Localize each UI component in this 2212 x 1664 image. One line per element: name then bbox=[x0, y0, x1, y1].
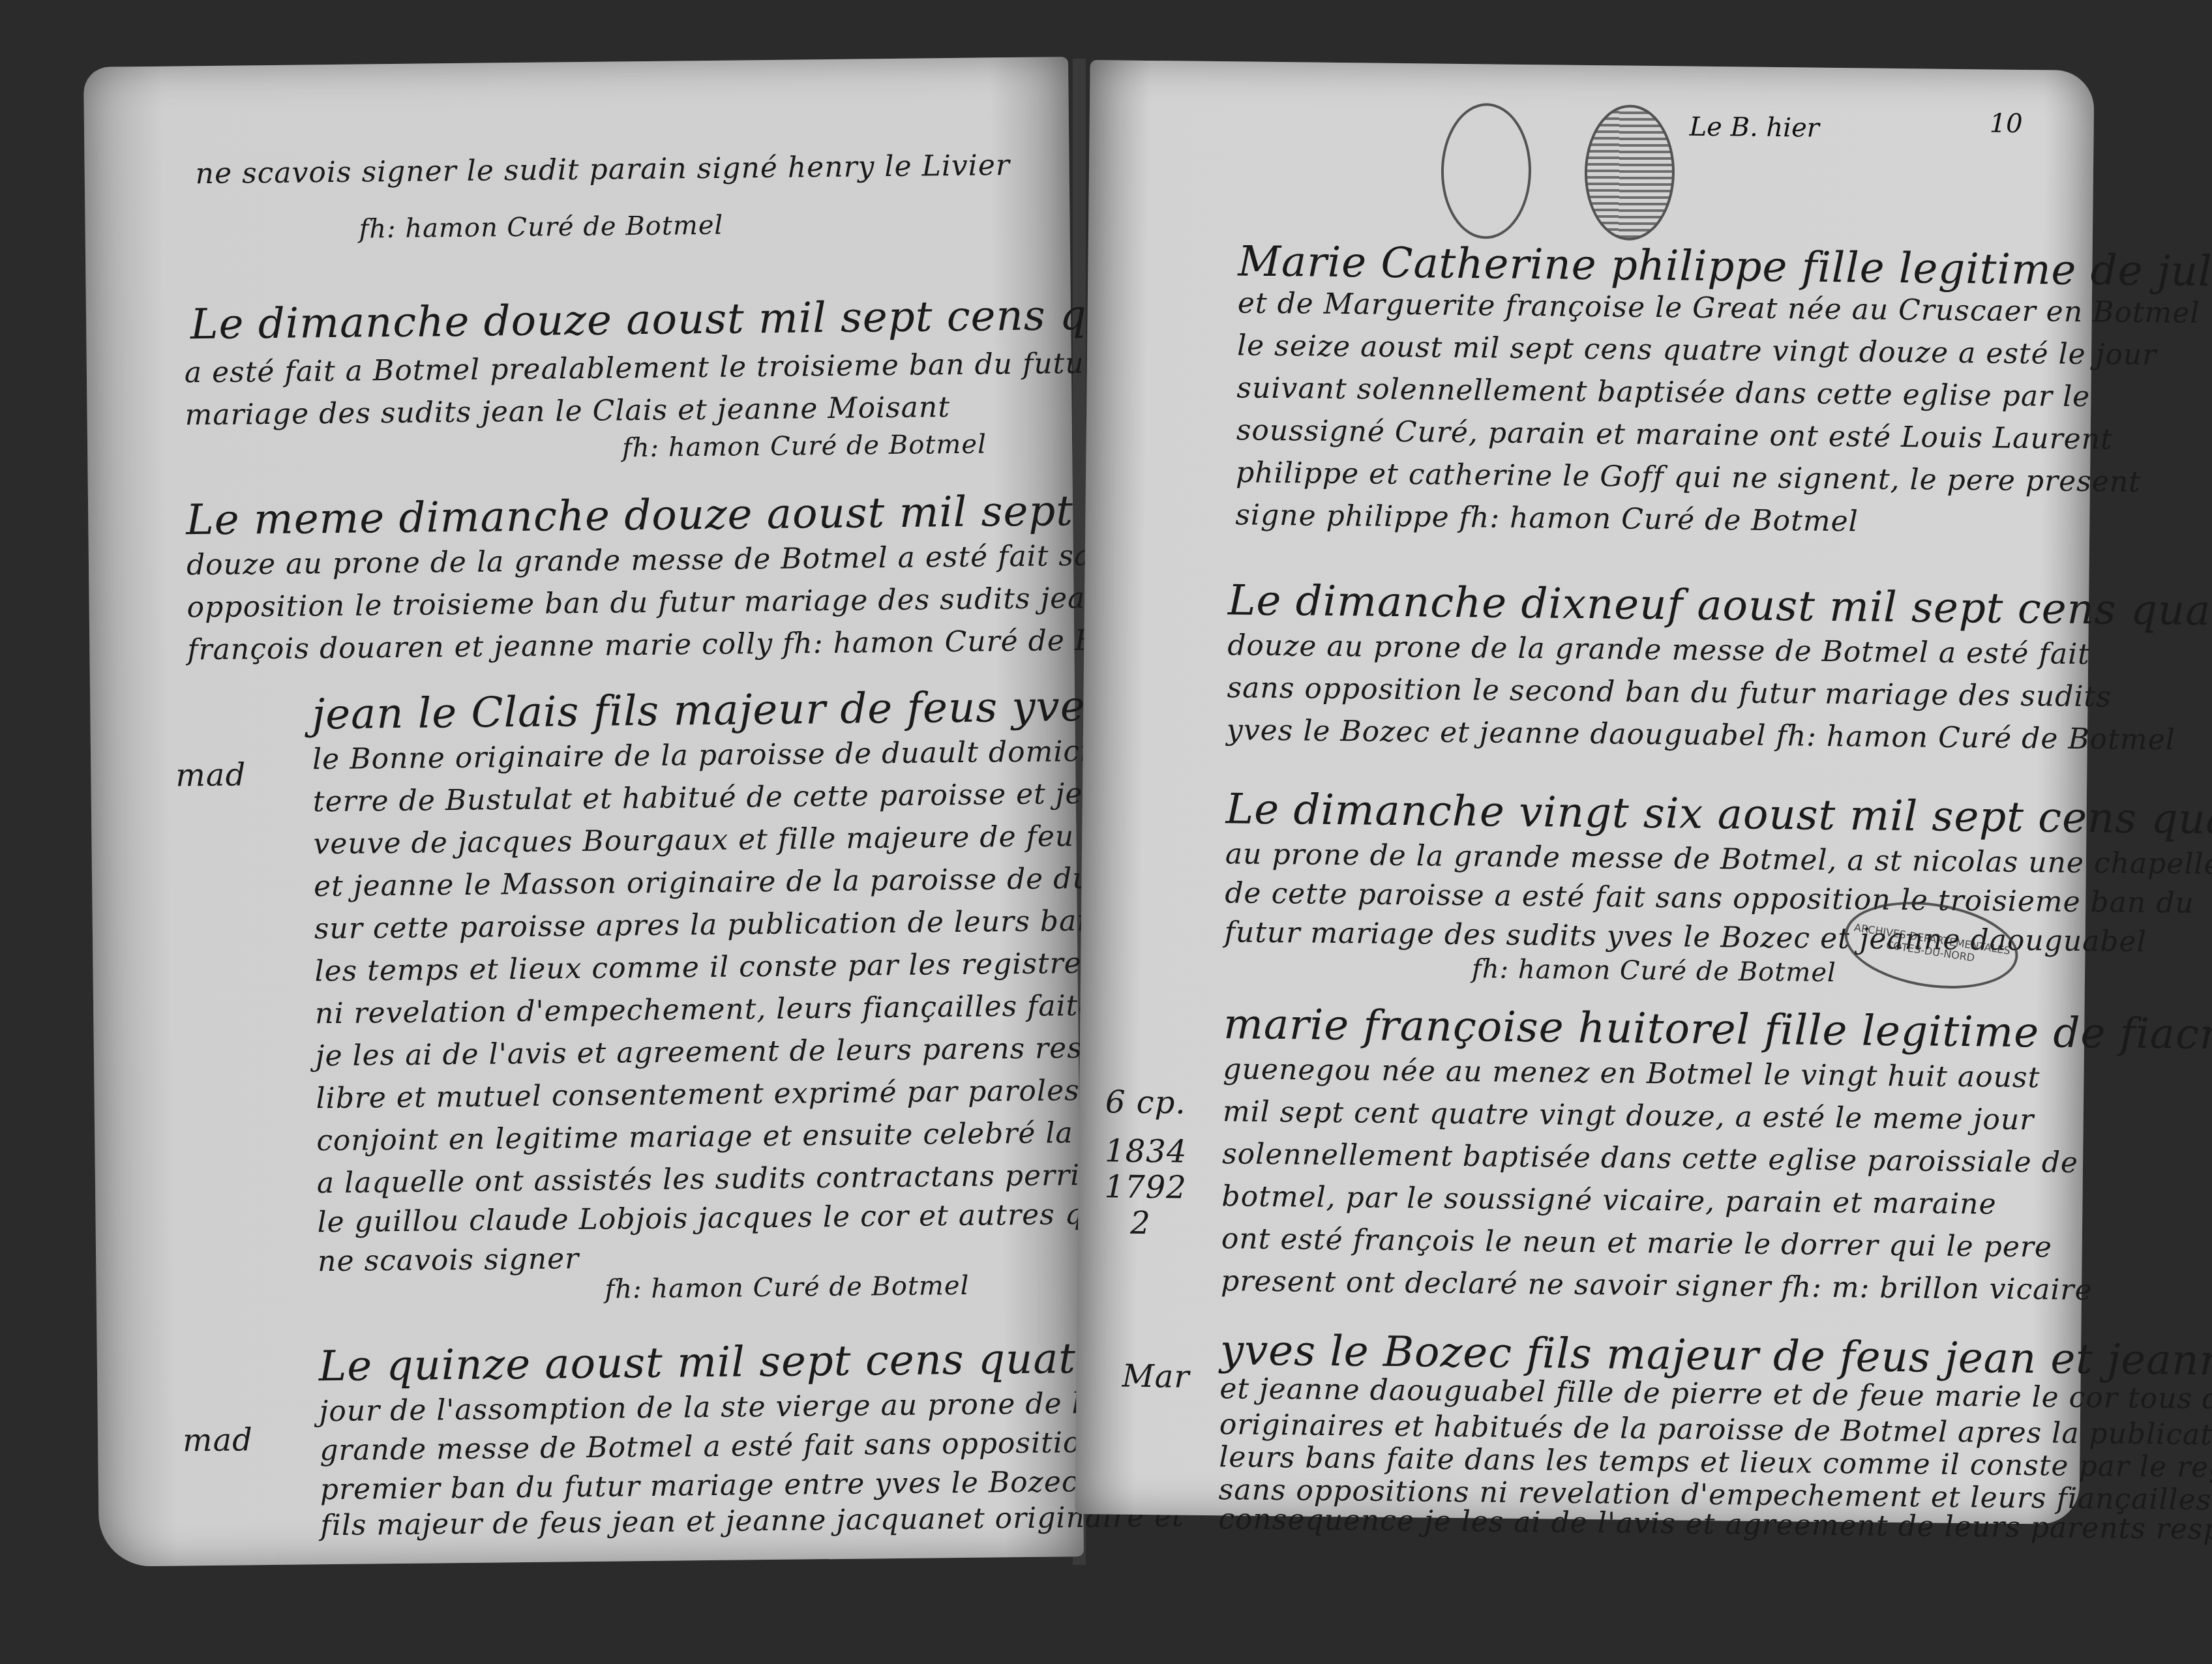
entry-heading: Le dimanche dixneuf aoust mil sept cens … bbox=[1228, 576, 2212, 637]
margin-note: 6 cp. bbox=[1105, 1084, 1186, 1121]
text-line: yves le Bozec et jeanne daouguabel fh: h… bbox=[1227, 713, 2175, 756]
text-line: de cette paroisse a esté fait sans oppos… bbox=[1225, 876, 2194, 920]
text-line: present ont declaré ne savoir signer fh:… bbox=[1221, 1264, 2093, 1307]
seal-stamp-icon bbox=[1441, 103, 1532, 239]
text-line: mil sept cent quatre vingt douze, a esté… bbox=[1223, 1095, 2035, 1137]
text-line: fils majeur de feus jean et jeanne jacqu… bbox=[320, 1500, 1184, 1542]
text-line: au prone de la grande messe de Botmel, a… bbox=[1225, 837, 2212, 881]
margin-note: 1834 bbox=[1105, 1133, 1188, 1170]
text-line: philippe et catherine le Goff qui ne sig… bbox=[1236, 456, 2141, 499]
text-line: ont esté françois le neun et marie le do… bbox=[1221, 1222, 2053, 1264]
text-line: le seize aoust mil sept cens quatre ving… bbox=[1237, 329, 2157, 372]
text-line: jour de l'assomption de la ste vierge au… bbox=[319, 1387, 1099, 1429]
text-line: mariage des sudits jean le Clais et jean… bbox=[185, 391, 950, 432]
text-line: ne scavois signer bbox=[318, 1242, 580, 1278]
text-line: sans opposition le second ban du futur m… bbox=[1227, 671, 2112, 713]
seal-stamp-icon bbox=[1584, 104, 1675, 241]
signature: fh: hamon Curé de Botmel bbox=[605, 1271, 969, 1305]
text-line: a laquelle ont assistés les sudits contr… bbox=[317, 1158, 1117, 1200]
text-line: douze au prone de la grande messe de Bot… bbox=[1227, 629, 2090, 671]
text-line: soussigné Curé, parain et maraine ont es… bbox=[1236, 413, 2113, 456]
margin-note: 1792 bbox=[1104, 1168, 1187, 1206]
text-line: a esté fait a Botmel prealablement le tr… bbox=[185, 347, 1099, 390]
margin-note: mad bbox=[183, 1421, 253, 1459]
text-line: suivant solennellement baptisée dans cet… bbox=[1236, 371, 2090, 413]
top-annotation: Le B. hier bbox=[1689, 112, 1819, 143]
folio-number: 10 bbox=[1990, 108, 2023, 139]
text-line: guenegou née au menez en Botmel le vingt… bbox=[1223, 1052, 2040, 1094]
text-line: ne scavois signer le sudit parain signé … bbox=[195, 149, 1010, 190]
text-line: solennellement baptisée dans cette eglis… bbox=[1222, 1137, 2078, 1180]
entry-heading: Le dimanche vingt six aoust mil sept cen… bbox=[1225, 785, 2212, 847]
signature: fh: hamon Curé de Botmel bbox=[1472, 954, 1836, 988]
text-line: opposition le troisieme ban du futur mar… bbox=[187, 582, 1105, 625]
entry-heading: marie françoise huitorel fille legitime … bbox=[1223, 1000, 2212, 1062]
signature: fh: hamon Curé de Botmel bbox=[622, 430, 987, 464]
text-line: douze au prone de la grande messe de Bot… bbox=[187, 539, 1127, 582]
text-line: botmel, par le soussigné vicaire, parain… bbox=[1221, 1180, 1997, 1221]
text-line: premier ban du futur mariage entre yves … bbox=[320, 1465, 1079, 1506]
margin-note: Mar bbox=[1122, 1358, 1189, 1395]
text-line: signe philippe fh: hamon Curé de Botmel bbox=[1235, 498, 1859, 538]
text-line: grande messe de Botmel a esté fait sans … bbox=[320, 1425, 1137, 1467]
margin-note: mad bbox=[175, 756, 246, 794]
margin-note: 2 bbox=[1130, 1205, 1151, 1241]
right-page: Le B. hier 10 Marie Catherine philippe f… bbox=[1075, 60, 2094, 1524]
signature: fh: hamon Curé de Botmel bbox=[359, 211, 723, 245]
left-page: ne scavois signer le sudit parain signé … bbox=[83, 57, 1084, 1567]
text-line: françois douaren et jeanne marie colly f… bbox=[187, 623, 1182, 666]
